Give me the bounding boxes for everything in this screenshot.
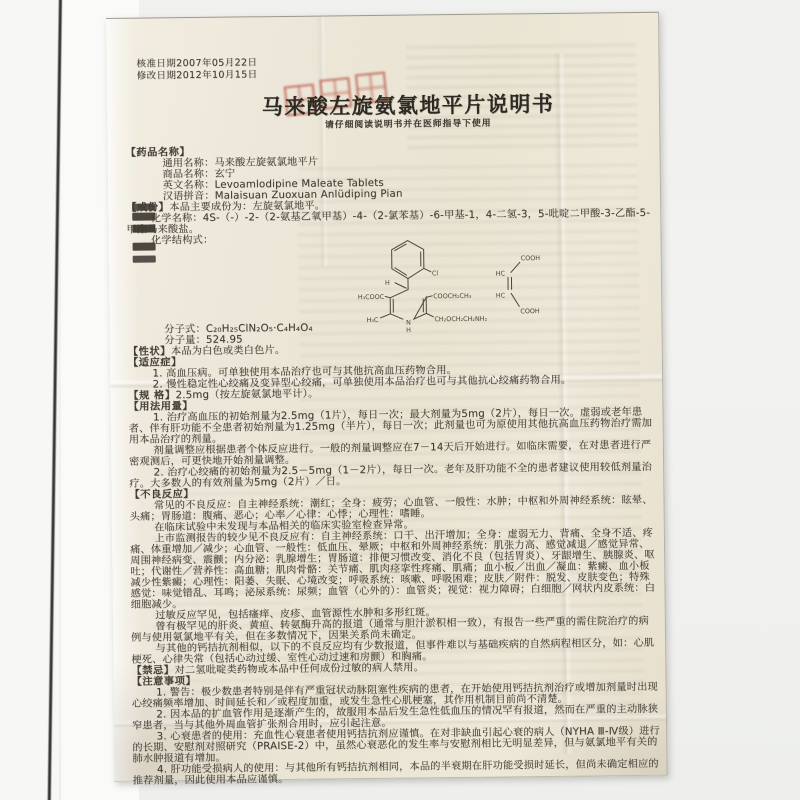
side-chain-label: CH₂OCH₂CH₂NH₂ xyxy=(434,315,487,324)
maleic-cooh-top: COOH xyxy=(521,254,541,262)
section-heading: 【适应症】 xyxy=(128,357,182,369)
stereo-h-label: H xyxy=(385,279,390,287)
section-heading: 【规 格】 xyxy=(128,390,175,402)
ester-left-label: H₃COOC xyxy=(358,293,385,301)
maleic-hc-top: HC xyxy=(496,269,506,277)
cl-label: Cl xyxy=(432,269,439,277)
insert-text: 核准日期2007年05月22日 修改日期2012年10月15日 马来酸左旋氨氯地… xyxy=(106,13,667,781)
chemical-structure-drawing: Cl H N H H₃COOC COOCH₂CH₃ xyxy=(332,236,593,334)
ring-nh-label: H xyxy=(406,326,411,334)
section-heading: 【性状】 xyxy=(128,346,171,357)
text-line: 4. 肝功能受损病人的使用：与其他所有钙拮抗剂相同，本品的半衰期在肝功能受损时延… xyxy=(132,759,660,787)
date-block: 核准日期2007年05月22日 修改日期2012年10月15日 xyxy=(124,53,652,82)
scanned-document-scene: 核准日期2007年05月22日 修改日期2012年10月15日 马来酸左旋氨氯地… xyxy=(0,0,800,800)
page-title: 马来酸左旋氨氯地平片说明书 xyxy=(125,91,653,121)
section: 【用法用量】1. 治疗高血压的初始剂量为2.5mg（1片），每日一次；最大剂量为… xyxy=(128,396,657,490)
section-heading: 【禁忌】 xyxy=(131,665,174,676)
chemical-structure: Cl H N H H₃COOC COOCH₂CH₃ xyxy=(127,241,656,311)
section: 【注意事项】1. 警告：极少数患者特别是伴有严重冠状动脉阻塞性疾病的患者，在开始… xyxy=(131,671,660,787)
section-inline-text: 2.5mg（按左旋氨氯地平计）。 xyxy=(176,389,319,402)
section-heading: 【注意事项】 xyxy=(131,676,196,688)
section-inline-text: 本品为白色或类白色片。 xyxy=(171,345,285,357)
sections-top: 【药品名称】通用名称：马来酸左旋氨氯地平片商品名称：玄宁英文名称：Levoaml… xyxy=(125,142,654,247)
text-line: 上市监测报告的较少见不良反应有：自主神经系统：口干、出汗增加；全身：虚弱无力、背… xyxy=(130,528,659,611)
section: 【不良反应】常见的不良反应：自主神经系统：潮红；全身：疲劳；心血管、一般性：水肿… xyxy=(129,484,659,666)
section-heading: 【成份】 xyxy=(126,202,169,213)
ester-right-label: COOCH₂CH₃ xyxy=(433,292,472,300)
package-insert-page: 核准日期2007年05月22日 修改日期2012年10月15日 马来酸左旋氨氯地… xyxy=(106,12,668,782)
section: 【药品名称】通用名称：马来酸左旋氨氯地平片商品名称：玄宁英文名称：Levoaml… xyxy=(125,142,654,203)
section-heading: 【不良反应】 xyxy=(129,489,194,501)
section-heading: 【用法用量】 xyxy=(128,401,193,413)
sections-bottom: 分子式：C₂₀H₂₅ClN₂O₅·C₄H₄O₄分子量：524.95【性状】本品为… xyxy=(127,319,660,787)
methyl-label: H₃C xyxy=(367,316,379,324)
section-heading: 【药品名称】 xyxy=(125,147,190,159)
maleic-cooh-bottom: COOH xyxy=(520,307,540,315)
maleic-hc-bottom: HC xyxy=(496,291,506,299)
